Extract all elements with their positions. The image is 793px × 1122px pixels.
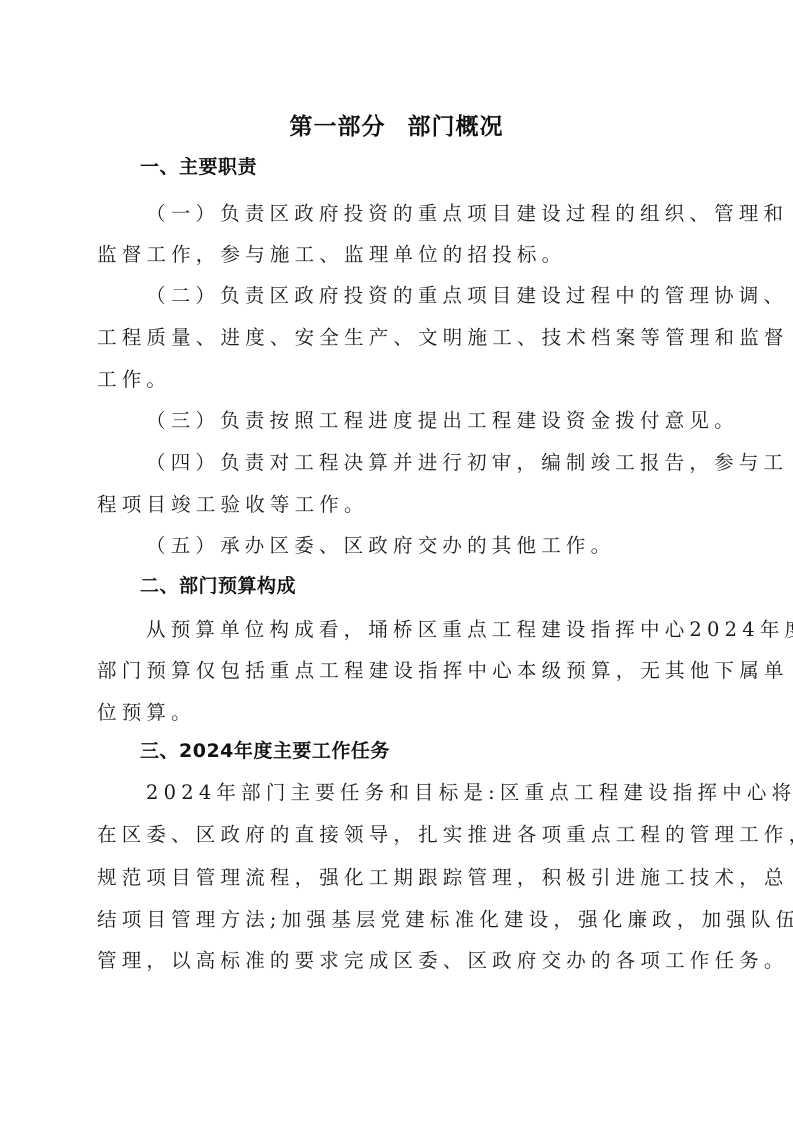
paragraph-line: （四）负责对工程决算并进行初审，编制竣工报告，参与工: [146, 447, 756, 475]
paragraph-line: （一）负责区政府投资的重点项目建设过程的组织、管理和: [146, 198, 756, 226]
paragraph-line: 在区委、区政府的直接领导，扎实推进各项重点工程的管理工作，: [97, 819, 707, 847]
paragraph-line: 管理，以高标准的要求完成区委、区政府交办的各项工作任务。: [97, 945, 707, 973]
title-name: 部门概况: [408, 114, 504, 140]
paragraph-line: 工程质量、进度、安全生产、文明施工、技术档案等管理和监督: [97, 322, 707, 350]
paragraph-line: （三）负责按照工程进度提出工程建设资金拨付意见。: [146, 405, 756, 433]
paragraph-line: （五）承办区委、区政府交办的其他工作。: [146, 530, 756, 558]
paragraph-line: 位预算。: [97, 697, 707, 725]
paragraph-line: 规范项目管理流程，强化工期跟踪管理，积极引进施工技术，总: [97, 862, 707, 890]
section-heading-duties: 一、主要职责: [140, 152, 257, 179]
paragraph-line: 结项目管理方法;加强基层党建标准化建设，强化廉政，加强队伍: [97, 904, 707, 932]
title-part: 第一部分: [290, 114, 386, 140]
section-heading-budget-composition: 二、部门预算构成: [140, 571, 296, 598]
page-title: 第一部分部门概况: [0, 108, 793, 141]
paragraph-line: 2024年部门主要任务和目标是:区重点工程建设指挥中心将: [146, 777, 756, 805]
paragraph-line: （二）负责区政府投资的重点项目建设过程中的管理协调、: [146, 280, 756, 308]
section-heading-work-tasks: 三、2024年度主要工作任务: [140, 736, 390, 763]
paragraph-line: 工作。: [97, 364, 707, 392]
paragraph-line: 程项目竣工验收等工作。: [97, 489, 707, 517]
paragraph-line: 从预算单位构成看，埇桥区重点工程建设指挥中心2024年度: [146, 614, 756, 642]
paragraph-line: 监督工作，参与施工、监理单位的招投标。: [97, 239, 707, 267]
paragraph-line: 部门预算仅包括重点工程建设指挥中心本级预算，无其他下属单: [97, 655, 707, 683]
